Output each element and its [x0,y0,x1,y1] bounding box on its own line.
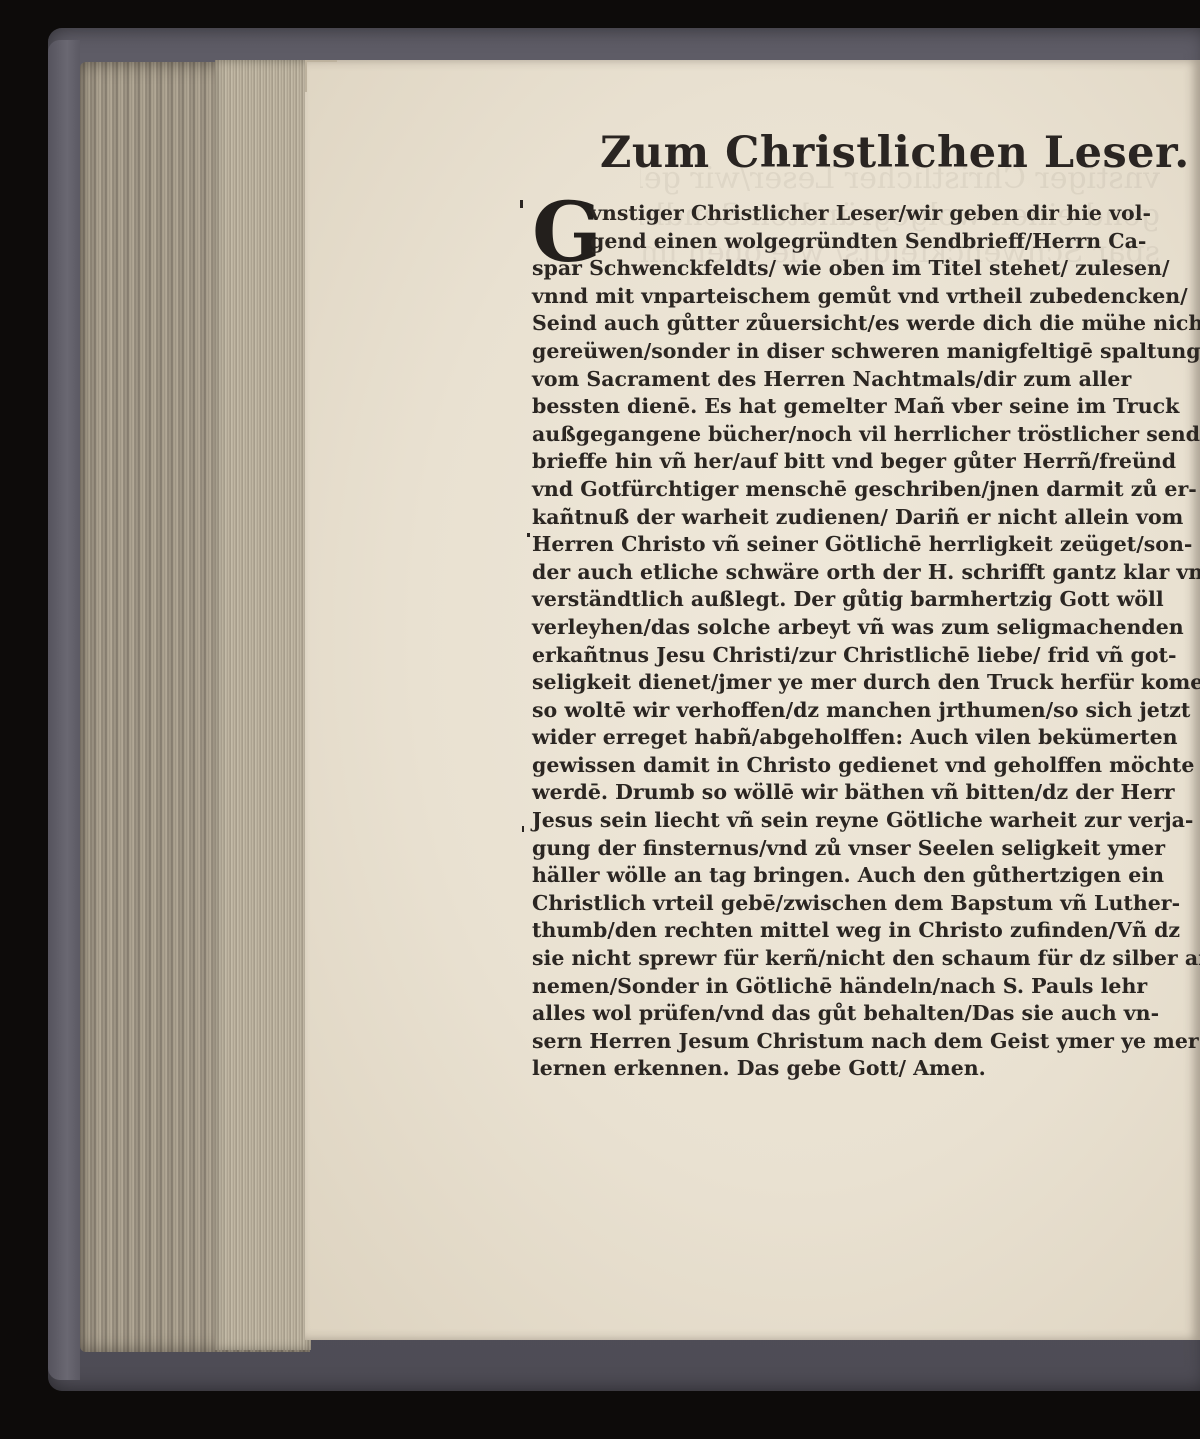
text-line: vnnd mit vnparteischem gemůt vnd vrtheil… [532,283,1192,311]
page-title: Zum Christlichen Leser. [600,128,1100,178]
text-line: wider erreget habñ/abgeholffen: Auch vil… [532,724,1192,752]
text-line: verleyhen/das solche arbeyt vñ was zum s… [532,614,1192,642]
text-line: der auch etliche schwäre orth der H. sch… [532,559,1192,587]
text-line: vom Sacrament des Herren Nachtmals/dir z… [532,366,1192,394]
text-line: gung der finsternus/vnd zů vnser Seelen … [532,835,1192,863]
text-line: sie nicht sprewr für kerñ/nicht den scha… [532,945,1192,973]
text-line: seligkeit dienet/jmer ye mer durch den T… [532,669,1192,697]
ink-mark [520,200,523,208]
text-line: Seind auch gůtter zůuersicht/es werde di… [532,310,1192,338]
text-line: vnd Gotfürchtiger menschē geschriben/jne… [532,476,1192,504]
text-line: alles wol prüfen/vnd das gůt behalten/Da… [532,1000,1192,1028]
text-line: kañtnuß der warheit zudienen/ Dariñ er n… [532,504,1192,532]
text-line: Herren Christo vñ seiner Götlichē herrli… [532,531,1192,559]
text-line: gend einen wolgegründten Sendbrieff/Herr… [532,228,1192,256]
text-line: brieffe hin vñ her/auf bitt vnd beger gů… [532,448,1192,476]
page-edges-inner [215,60,311,1350]
text-line: gewissen damit in Christo gedienet vnd g… [532,752,1192,780]
text-line: außgegangene bücher/noch vil herrlicher … [532,421,1192,449]
text-line: thumb/den rechten mittel weg in Christo … [532,917,1192,945]
text-line: spar Schwenckfeldts/ wie oben im Titel s… [532,255,1192,283]
text-line: vnstiger Christlicher Leser/wir geben di… [532,200,1192,228]
text-line: erkañtnus Jesu Christi/zur Christlichē l… [532,642,1192,670]
text-line: Jesus sein liecht vñ sein reyne Götliche… [532,807,1192,835]
text-line: nemen/Sonder in Götlichē händeln/nach S.… [532,973,1192,1001]
text-line: werdē. Drumb so wöllē wir bäthen vñ bitt… [532,779,1192,807]
text-line: so woltē wir verhoffen/dz manchen jrthum… [532,697,1192,725]
body-text: vnstiger Christlicher Leser/wir geben di… [532,200,1192,1083]
text-line: häller wölle an tag bringen. Auch den gů… [532,862,1192,890]
text-line: Christlich vrteil gebē/zwischen dem Baps… [532,890,1192,918]
text-line: verständtlich außlegt. Der gůtig barmher… [532,586,1192,614]
cover-board-edge [48,40,80,1380]
page-corner-fold [305,60,337,92]
ink-mark [522,826,524,832]
text-line: lernen erkennen. Das gebe Gott/ Amen. [532,1055,1192,1083]
text-line: sern Herren Jesum Christum nach dem Geis… [532,1028,1192,1056]
text-line: bessten dienē. Es hat gemelter Mañ vber … [532,393,1192,421]
ink-mark [527,533,530,537]
text-line: gereüwen/sonder in diser schweren manigf… [532,338,1192,366]
